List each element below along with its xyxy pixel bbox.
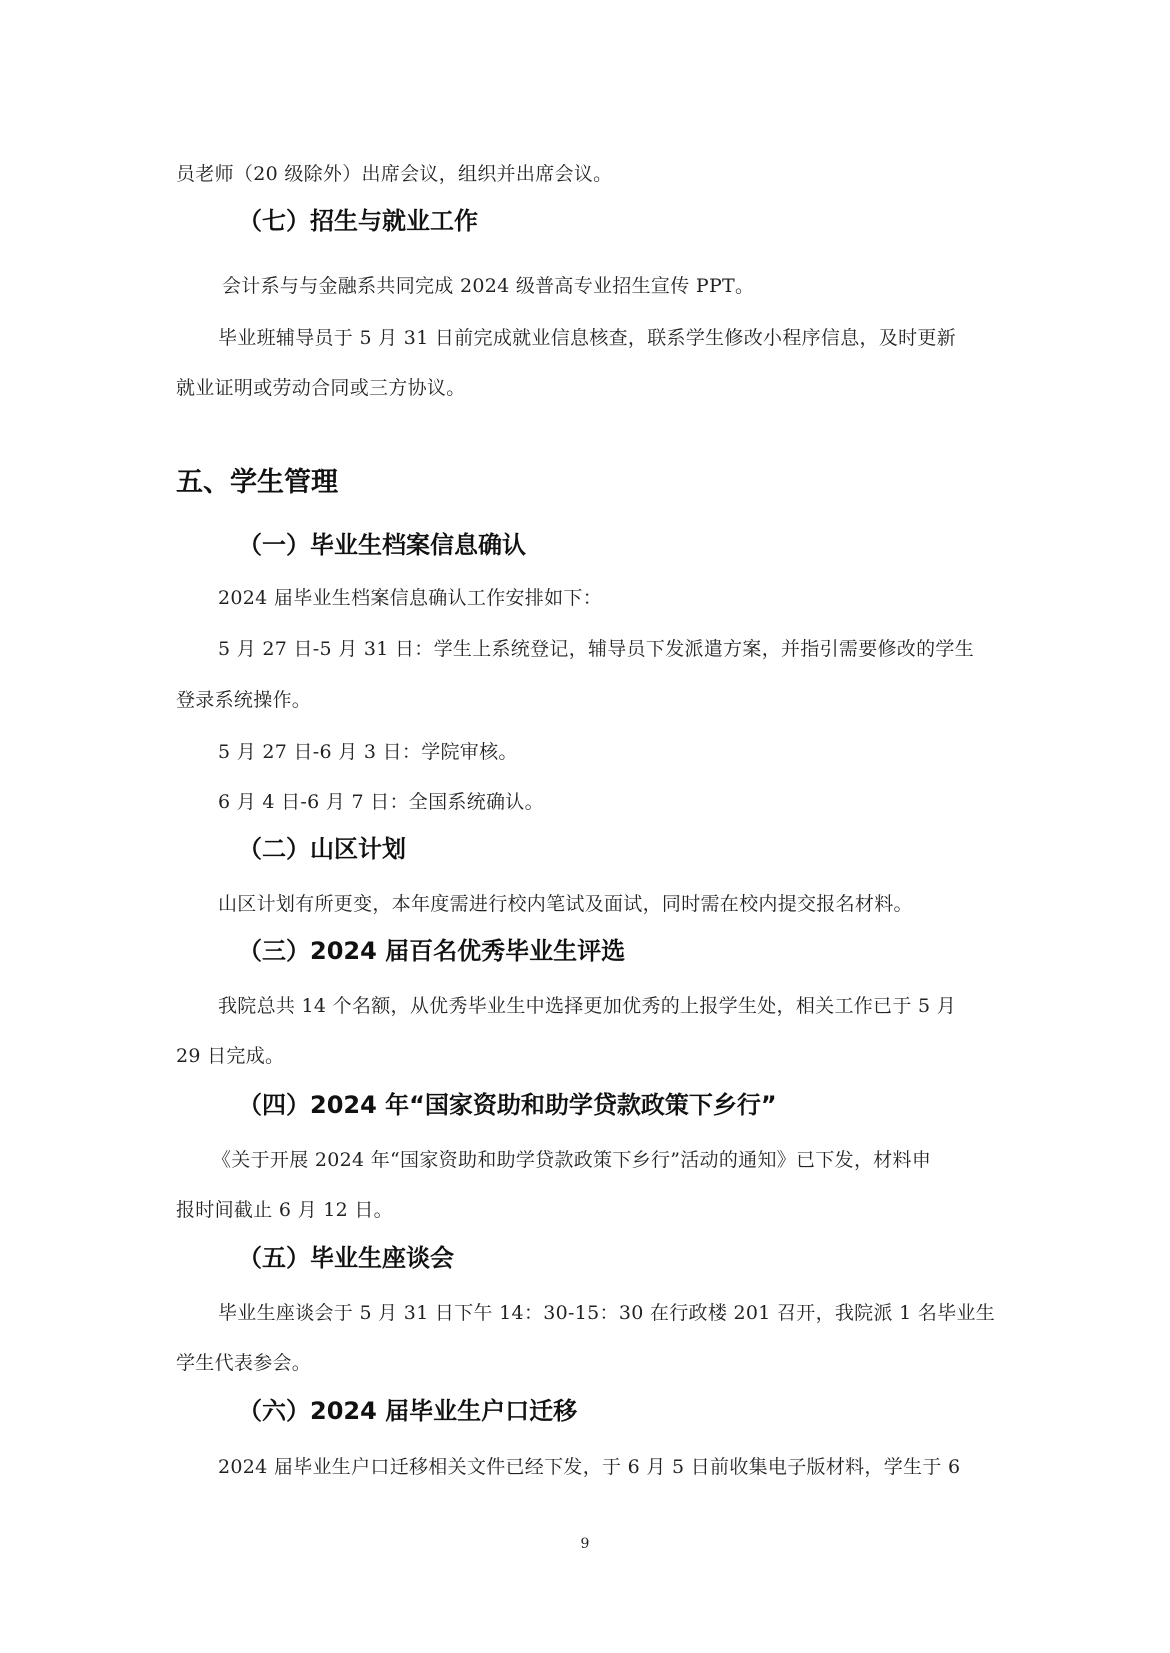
paragraph-mountain-plan: 山区计划有所更变，本年度需进行校内笔试及面试，同时需在校内提交报名材料。 <box>218 892 913 916</box>
paragraph-archives-step1-line2: 登录系统操作。 <box>176 688 311 712</box>
paragraph-funding-line2: 报时间截止 6 月 12 日。 <box>176 1198 393 1222</box>
subheading-funding-policy: （四）2024 年“国家资助和助学贷款政策下乡行” <box>238 1090 777 1120</box>
paragraph-archives-step1-line1: 5 月 27 日-5 月 31 日：学生上系统登记，辅导员下发派遣方案，并指引需… <box>218 637 974 661</box>
paragraph-outstanding-line2: 29 日完成。 <box>176 1044 284 1068</box>
subheading-graduate-archives: （一）毕业生档案信息确认 <box>238 530 526 560</box>
paragraph-household-line1: 2024 届毕业生户口迁移相关文件已经下发，于 6 月 5 日前收集电子版材料，… <box>218 1455 960 1479</box>
subheading-recruitment-employment: （七）招生与就业工作 <box>238 206 478 236</box>
paragraph-archives-step3: 6 月 4 日-6 月 7 日：全国系统确认。 <box>218 790 544 814</box>
subheading-graduate-forum: （五）毕业生座谈会 <box>238 1243 454 1273</box>
paragraph-outstanding-line1: 我院总共 14 个名额，从优秀毕业生中选择更加优秀的上报学生处，相关工作已于 5… <box>218 994 956 1018</box>
paragraph-recruitment-ppt: 会计系与与金融系共同完成 2024 级普高专业招生宣传 PPT。 <box>222 274 754 298</box>
paragraph-funding-line1: 《关于开展 2024 年“国家资助和助学贷款政策下乡行”活动的通知》已下发，材料… <box>212 1148 931 1172</box>
subheading-household-transfer: （六）2024 届毕业生户口迁移 <box>238 1396 577 1426</box>
paragraph-archives-intro: 2024 届毕业生档案信息确认工作安排如下： <box>218 586 602 610</box>
paragraph-employment-check-line2: 就业证明或劳动合同或三方协议。 <box>176 376 466 400</box>
subheading-mountain-plan: （二）山区计划 <box>238 834 406 864</box>
paragraph-archives-step2: 5 月 27 日-6 月 3 日：学院审核。 <box>218 740 518 764</box>
paragraph-forum-line2: 学生代表参会。 <box>176 1351 311 1375</box>
paragraph-employment-check-line1: 毕业班辅导员于 5 月 31 日前完成就业信息核查，联系学生修改小程序信息，及时… <box>218 326 956 350</box>
subheading-outstanding-graduates: （三）2024 届百名优秀毕业生评选 <box>238 936 625 966</box>
heading-student-management: 五、学生管理 <box>176 467 338 499</box>
document-page: 员老师（20 级除外）出席会议，组织并出席会议。 （七）招生与就业工作 会计系与… <box>0 0 1170 1653</box>
paragraph-continuation: 员老师（20 级除外）出席会议，组织并出席会议。 <box>176 162 612 186</box>
page-number: 9 <box>0 1536 1170 1552</box>
paragraph-forum-line1: 毕业生座谈会于 5 月 31 日下午 14：30-15：30 在行政楼 201 … <box>218 1301 995 1325</box>
